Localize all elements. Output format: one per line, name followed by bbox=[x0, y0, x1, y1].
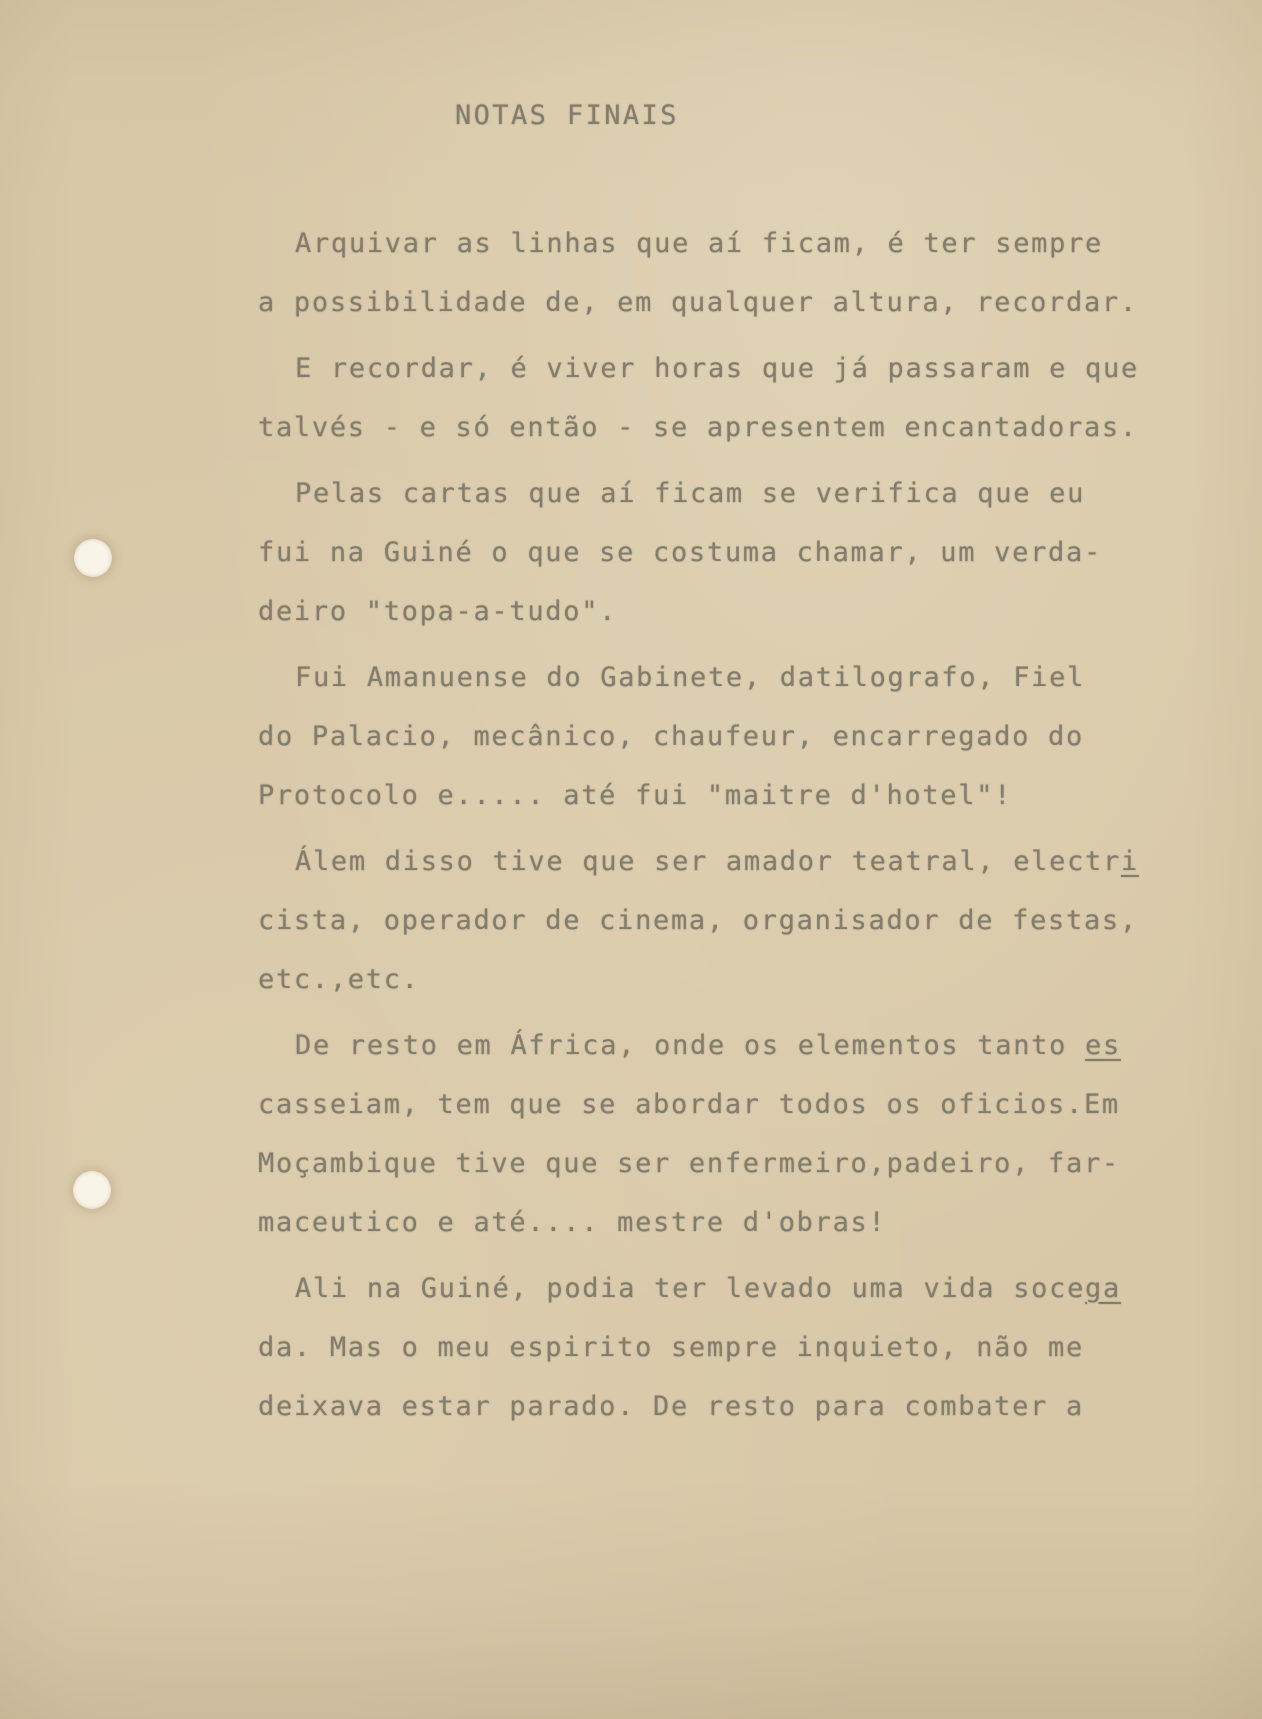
text-line: casseiam, tem que se abordar todos os of… bbox=[258, 1075, 1188, 1134]
text-line: Pelas cartas que aí ficam se verifica qu… bbox=[258, 464, 1188, 523]
text-line: fui na Guiné o que se costuma chamar, um… bbox=[258, 523, 1188, 582]
text-line: Arquivar as linhas que aí ficam, é ter s… bbox=[258, 214, 1188, 273]
document-sheet: NOTAS FINAIS Arquivar as linhas que aí f… bbox=[0, 0, 1262, 1719]
text-line: talvés - e só então - se apresentem enca… bbox=[258, 398, 1188, 457]
text-line: Ali na Guiné, podia ter levado uma vida … bbox=[258, 1259, 1188, 1318]
document-body: Arquivar as linhas que aí ficam, é ter s… bbox=[258, 214, 1188, 1443]
text-line: Álem disso tive que ser amador teatral, … bbox=[258, 832, 1188, 891]
hole-punch-top bbox=[74, 539, 112, 577]
paragraph: E recordar, é viver horas que já passara… bbox=[258, 339, 1188, 457]
paragraph: De resto em África, onde os elementos ta… bbox=[258, 1016, 1188, 1252]
paragraph: Fui Amanuense do Gabinete, datilografo, … bbox=[258, 648, 1188, 825]
paragraph: Álem disso tive que ser amador teatral, … bbox=[258, 832, 1188, 1009]
text-line: Protocolo e..... até fui "maitre d'hotel… bbox=[258, 766, 1188, 825]
text-line: etc.,etc. bbox=[258, 950, 1188, 1009]
text-line: a possibilidade de, em qualquer altura, … bbox=[258, 273, 1188, 332]
text-line: do Palacio, mecânico, chaufeur, encarreg… bbox=[258, 707, 1188, 766]
paragraph: Ali na Guiné, podia ter levado uma vida … bbox=[258, 1259, 1188, 1436]
text-line: maceutico e até.... mestre d'obras! bbox=[258, 1193, 1188, 1252]
text-line: E recordar, é viver horas que já passara… bbox=[258, 339, 1188, 398]
paragraph: Arquivar as linhas que aí ficam, é ter s… bbox=[258, 214, 1188, 332]
paragraph: Pelas cartas que aí ficam se verifica qu… bbox=[258, 464, 1188, 641]
text-line: cista, operador de cinema, organisador d… bbox=[258, 891, 1188, 950]
text-line: deiro "topa-a-tudo". bbox=[258, 582, 1188, 641]
page-title: NOTAS FINAIS bbox=[455, 100, 679, 131]
text-line: Fui Amanuense do Gabinete, datilografo, … bbox=[258, 648, 1188, 707]
text-line: De resto em África, onde os elementos ta… bbox=[258, 1016, 1188, 1075]
text-line: deixava estar parado. De resto para comb… bbox=[258, 1377, 1188, 1436]
hole-punch-bottom bbox=[73, 1171, 111, 1209]
text-line: Moçambique tive que ser enfermeiro,padei… bbox=[258, 1134, 1188, 1193]
text-line: da. Mas o meu espirito sempre inquieto, … bbox=[258, 1318, 1188, 1377]
